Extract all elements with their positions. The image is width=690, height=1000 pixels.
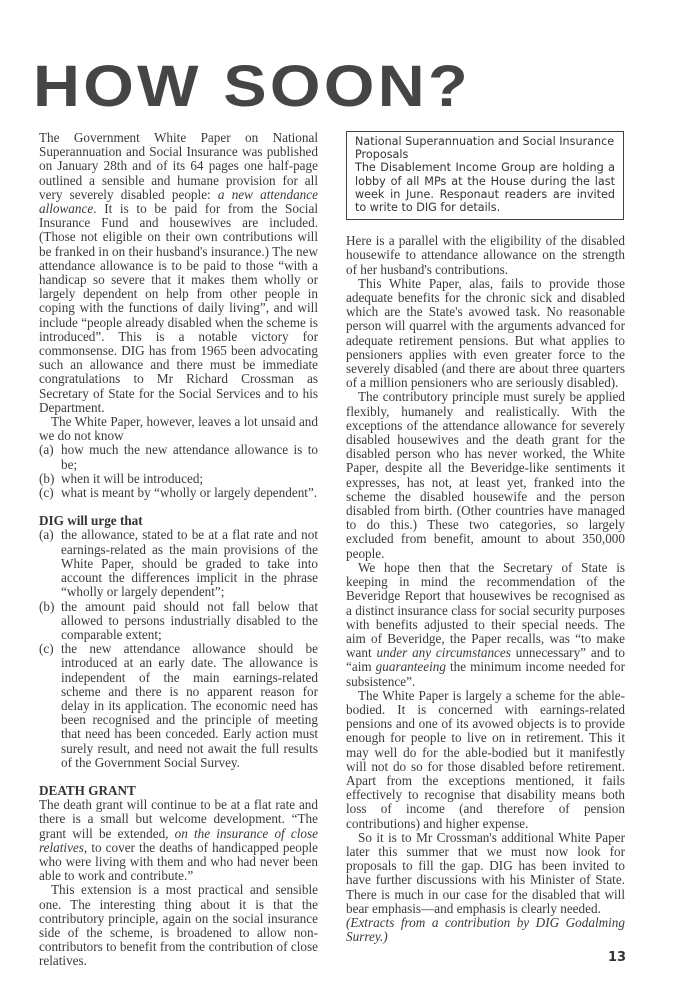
notice-box: National Superannuation and Social Insur… xyxy=(346,131,624,220)
death-grant-paragraph: The death grant will continue to be at a… xyxy=(39,798,318,883)
list-item: (a)how much the new attendance allowance… xyxy=(39,443,318,471)
notice-body: The Disablement Income Group are holding… xyxy=(355,161,615,214)
death-grant-heading: DEATH GRANT xyxy=(39,784,318,798)
urge-heading: DIG will urge that xyxy=(39,514,318,528)
page-title: HOW SOON? xyxy=(33,58,471,116)
list-item: (b)the amount paid should not fall below… xyxy=(39,600,318,643)
right-column: National Superannuation and Social Insur… xyxy=(346,131,625,944)
able-bodied-paragraph: The White Paper is largely a scheme for … xyxy=(346,689,625,831)
contributory-paragraph: The contributory principle must surely b… xyxy=(346,390,625,560)
left-column: The Government White Paper on National S… xyxy=(39,131,318,969)
alas-paragraph: This White Paper, alas, fails to provide… xyxy=(346,277,625,391)
parallel-paragraph: Here is a parallel with the eligibility … xyxy=(346,234,625,277)
page-number: 13 xyxy=(608,950,626,965)
list-item: (c)the new attendance allowance should b… xyxy=(39,642,318,770)
intro-paragraph: The Government White Paper on National S… xyxy=(39,131,318,415)
beveridge-paragraph: We hope then that the Secretary of State… xyxy=(346,561,625,689)
notice-title: National Superannuation and Social Insur… xyxy=(355,135,615,161)
list-item: (c)what is meant by “wholly or largely d… xyxy=(39,486,318,500)
list-item: (b)when it will be introduced; xyxy=(39,472,318,486)
unknowns-list: (a)how much the new attendance allowance… xyxy=(39,443,318,500)
extension-paragraph: This extension is a most practical and s… xyxy=(39,883,318,968)
unsaid-paragraph: The White Paper, however, leaves a lot u… xyxy=(39,415,318,443)
urges-list: (a)the allowance, stated to be at a flat… xyxy=(39,528,318,769)
list-item: (a)the allowance, stated to be at a flat… xyxy=(39,528,318,599)
crossman-paragraph: So it is to Mr Crossman's additional Whi… xyxy=(346,831,625,916)
credit-line: (Extracts from a contribution by DIG God… xyxy=(346,916,625,944)
